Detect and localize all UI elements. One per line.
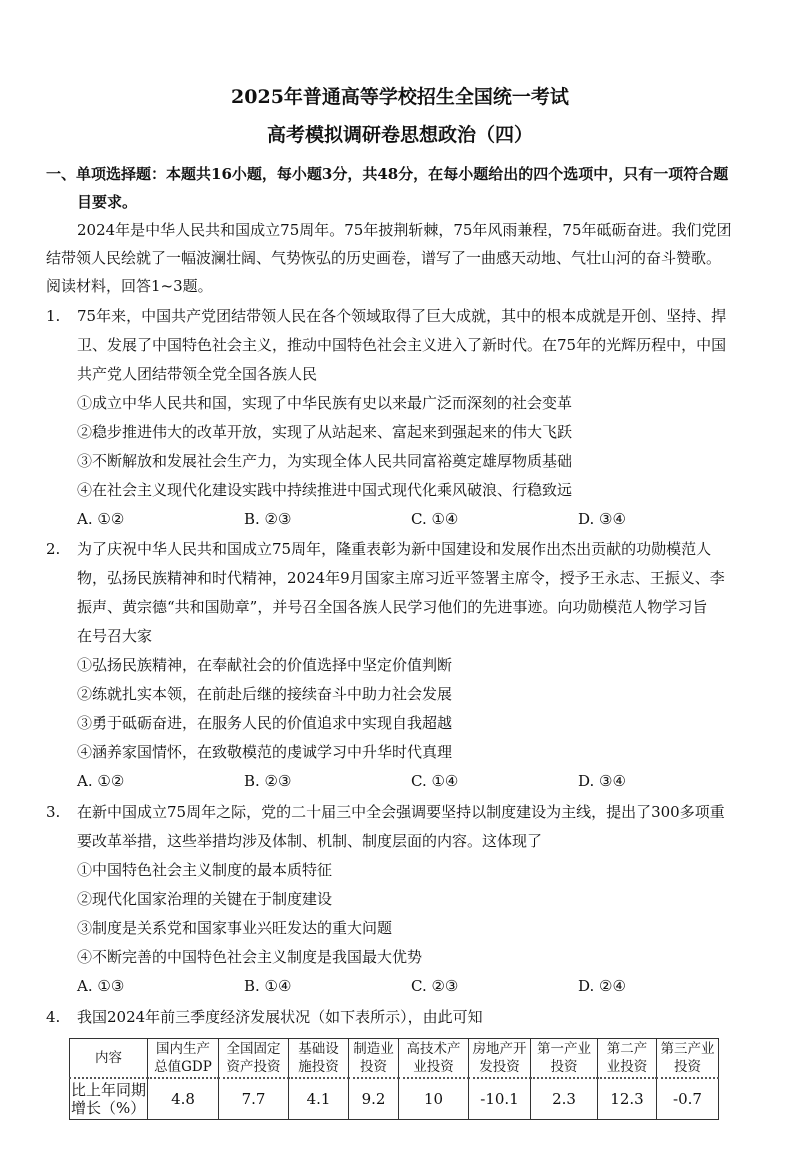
option-b[interactable]: B. ②③ <box>244 771 291 791</box>
header-cell: 基础设施投资 <box>289 1039 349 1079</box>
value-cell: 2.3 <box>531 1078 598 1120</box>
option-a[interactable]: A. ①③ <box>77 976 124 996</box>
value-cell: 4.8 <box>148 1078 219 1120</box>
statement: ①中国特色社会主义制度的最本质特征 <box>77 860 332 880</box>
header-cell: 房地产开发投资 <box>469 1039 531 1079</box>
exam-subtitle: 高考模拟调研卷思想政治（四） <box>0 122 800 148</box>
question-stem: 卫、发展了中国特色社会主义，推动中国特色社会主义进入了新时代。在75年的光辉历程… <box>77 335 726 355</box>
statement: ②现代化国家治理的关键在于制度建设 <box>77 889 332 909</box>
value-cell: 4.1 <box>289 1078 349 1120</box>
question-stem: 为了庆祝中华人民共和国成立75周年，隆重表彰为新中国建设和发展作出杰出贡献的功勋… <box>77 539 711 559</box>
row-label: 比上年同期增长（%） <box>70 1078 148 1120</box>
option-c[interactable]: C. ①④ <box>411 771 458 791</box>
statement: ②练就扎实本领，在前赴后继的接续奋斗中助力社会发展 <box>77 684 452 704</box>
value-cell: 12.3 <box>598 1078 657 1120</box>
header-cell: 第一产业投资 <box>531 1039 598 1079</box>
header-cell: 第三产业投资 <box>657 1039 719 1079</box>
table-header-row: 内容 国内生产总值GDP 全国固定资产投资 基础设施投资 制造业投资 高技术产业… <box>70 1039 719 1079</box>
header-cell: 内容 <box>70 1039 148 1079</box>
statement: ③勇于砥砺奋进，在服务人民的价值追求中实现自我超越 <box>77 713 452 733</box>
value-cell: -10.1 <box>469 1078 531 1120</box>
section-heading-cont: 目要求。 <box>77 192 137 212</box>
statement: ③制度是关系党和国家事业兴旺发达的重大问题 <box>77 918 392 938</box>
value-cell: -0.7 <box>657 1078 719 1120</box>
question-number: 4. <box>46 1007 60 1027</box>
question-stem: 要改革举措，这些举措均涉及体制、机制、制度层面的内容。这体现了 <box>77 831 542 851</box>
header-cell: 国内生产总值GDP <box>148 1039 219 1079</box>
value-cell: 7.7 <box>219 1078 289 1120</box>
question-number: 1. <box>46 306 60 326</box>
statement: ④在社会主义现代化建设实践中持续推进中国式现代化乘风破浪、行稳致远 <box>77 480 572 500</box>
question-stem: 在新中国成立75周年之际，党的二十届三中全会强调要坚持以制度建设为主线，提出了3… <box>77 802 725 822</box>
material-text: 阅读材料，回答1~3题。 <box>46 276 213 296</box>
question-stem: 我国2024年前三季度经济发展状况（如下表所示），由此可知 <box>77 1007 483 1027</box>
material-text: 2024年是中华人民共和国成立75周年。75年披荆斩棘，75年风雨兼程，75年砥… <box>77 220 732 240</box>
question-number: 2. <box>46 539 60 559</box>
header-cell: 高技术产业投资 <box>399 1039 469 1079</box>
option-b[interactable]: B. ②③ <box>244 509 291 529</box>
statement: ②稳步推进伟大的改革开放，实现了从站起来、富起来到强起来的伟大飞跃 <box>77 422 572 442</box>
header-cell: 第二产业投资 <box>598 1039 657 1079</box>
option-b[interactable]: B. ①④ <box>244 976 291 996</box>
option-c[interactable]: C. ②③ <box>411 976 458 996</box>
statement: ①成立中华人民共和国，实现了中华民族有史以来最广泛而深刻的社会变革 <box>77 393 572 413</box>
option-d[interactable]: D. ②④ <box>578 976 626 996</box>
option-d[interactable]: D. ③④ <box>578 509 626 529</box>
header-cell: 制造业投资 <box>349 1039 399 1079</box>
question-stem: 在号召大家 <box>77 626 152 646</box>
table-row: 比上年同期增长（%） 4.8 7.7 4.1 9.2 10 -10.1 2.3 … <box>70 1078 719 1120</box>
exam-title: 2025年普通高等学校招生全国统一考试 <box>0 84 800 110</box>
statement: ③不断解放和发展社会生产力，为实现全体人民共同富裕奠定雄厚物质基础 <box>77 451 572 471</box>
value-cell: 10 <box>399 1078 469 1120</box>
question-stem: 共产党人团结带领全党全国各族人民 <box>77 364 317 384</box>
question-stem: 75年来，中国共产党团结带领人民在各个领域取得了巨大成就，其中的根本成就是开创、… <box>77 306 726 326</box>
option-a[interactable]: A. ①② <box>77 509 124 529</box>
statement: ④不断完善的中国特色社会主义制度是我国最大优势 <box>77 947 422 967</box>
question-stem: 振声、黄宗德“共和国勋章”，并号召全国各族人民学习他们的先进事迹。向功勋模范人物… <box>77 597 707 617</box>
option-d[interactable]: D. ③④ <box>578 771 626 791</box>
statement: ④涵养家国情怀，在致敬模范的虔诚学习中升华时代真理 <box>77 742 452 762</box>
section-heading: 一、单项选择题：本题共16小题，每小题3分，共48分，在每小题给出的四个选项中，… <box>46 164 728 184</box>
header-cell: 全国固定资产投资 <box>219 1039 289 1079</box>
option-c[interactable]: C. ①④ <box>411 509 458 529</box>
statement: ①弘扬民族精神，在奉献社会的价值选择中坚定价值判断 <box>77 655 452 675</box>
value-cell: 9.2 <box>349 1078 399 1120</box>
economy-table: 内容 国内生产总值GDP 全国固定资产投资 基础设施投资 制造业投资 高技术产业… <box>69 1038 719 1120</box>
question-stem: 物，弘扬民族精神和时代精神，2024年9月国家主席习近平签署主席令，授予王永志、… <box>77 568 725 588</box>
question-number: 3. <box>46 802 60 822</box>
material-text: 结带领人民绘就了一幅波澜壮阔、气势恢弘的历史画卷，谱写了一曲感天动地、气壮山河的… <box>46 248 721 268</box>
option-a[interactable]: A. ①② <box>77 771 124 791</box>
